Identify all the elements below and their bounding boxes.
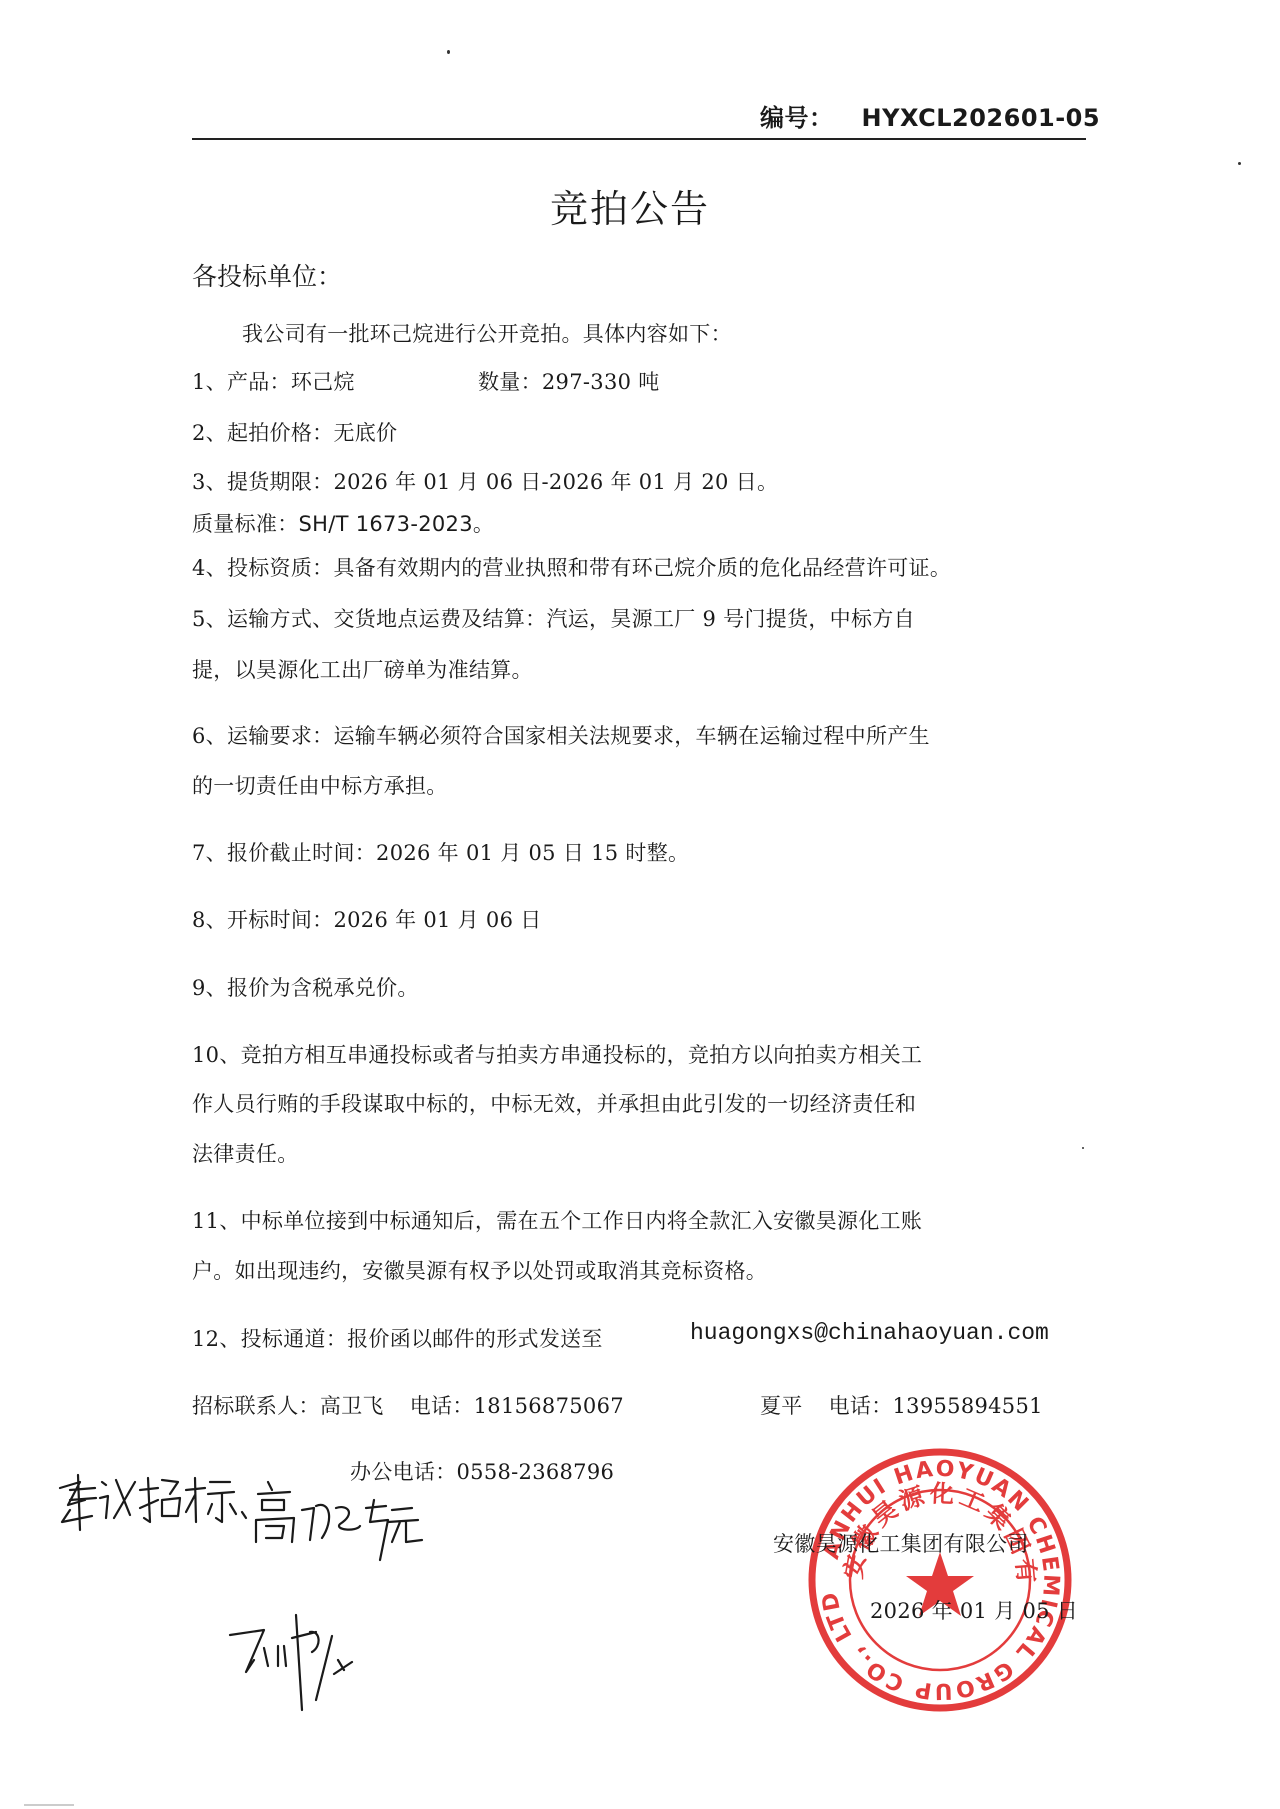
item-opening-time: 8、开标时间：2026 年 01 月 06 日	[192, 904, 542, 934]
contact-1-name: 高卫飞	[320, 1394, 384, 1418]
contact-2-phone: 13955894551	[893, 1394, 1043, 1418]
scan-speck	[447, 50, 450, 54]
company-name: 安徽昊源化工集团有限公司	[773, 1528, 1029, 1558]
item-bid-deadline: 7、报价截止时间：2026 年 01 月 05 日 15 时整。	[192, 837, 689, 867]
item-payment-line1: 11、中标单位接到中标通知后，需在五个工作日内将全款汇入安徽昊源化工账	[192, 1205, 922, 1235]
document-number-label: 编号：	[760, 104, 834, 132]
item-delivery-period: 3、提货期限：2026 年 01 月 06 日-2026 年 01 月 20 日…	[192, 466, 778, 496]
item-product: 1、产品：环己烷	[192, 366, 355, 396]
contact-person-2: 夏平电话：13955894551	[760, 1390, 1043, 1420]
item-collusion-line3: 法律责任。	[192, 1138, 299, 1168]
document-date: 2026 年 01 月 05 日	[870, 1595, 1078, 1625]
scan-speck	[1082, 1147, 1084, 1149]
item-quality-standard: 质量标准：SH/T 1673-2023。	[192, 508, 494, 538]
office-phone-value: 0558-2368796	[457, 1460, 615, 1484]
contact-1-phone: 18156875067	[474, 1394, 624, 1418]
item-payment-line2: 户。如出现违约，安徽昊源有权予以处罚或取消其竞标资格。	[192, 1255, 767, 1285]
header-rule	[192, 138, 1086, 140]
item-transport-req-line2: 的一切责任由中标方承担。	[192, 770, 448, 800]
item-transport-line1: 5、运输方式、交货地点运费及结算：汽运，昊源工厂 9 号门提货，中标方自	[192, 603, 915, 633]
item-bid-channel: 12、投标通道：报价函以邮件的形式发送至	[192, 1323, 603, 1353]
document-number: 编号：HYXCL202601-05	[760, 98, 1100, 133]
item-price-terms: 9、报价为含税承兑价。	[192, 972, 419, 1002]
item-collusion-line2: 作人员行贿的手段谋取中标的，中标无效，并承担由此引发的一切经济责任和	[192, 1088, 916, 1118]
item-transport-req-line1: 6、运输要求：运输车辆必须符合国家相关法规要求，车辆在运输过程中所产生	[192, 720, 930, 750]
document-number-value: HYXCL202601-05	[862, 104, 1101, 132]
item-qualification: 4、投标资质：具备有效期内的营业执照和带有环己烷介质的危化品经营许可证。	[192, 552, 951, 582]
contact-person-1: 招标联系人：高卫飞电话：18156875067	[192, 1390, 624, 1420]
contact-label: 招标联系人：	[192, 1394, 320, 1418]
salutation: 各投标单位：	[192, 257, 342, 293]
item-collusion-line1: 10、竞拍方相互串通投标或者与拍卖方串通投标的，竞拍方以向拍卖方相关工	[192, 1039, 922, 1069]
item-transport-line2: 提，以昊源化工出厂磅单为准结算。	[192, 654, 533, 684]
contact-1-phone-label: 电话：	[410, 1394, 474, 1418]
handwritten-note	[40, 1460, 460, 1730]
company-seal-stamp: ANHUI HAOYUAN CHEMICAL GROUP CO., LTD 安徽…	[800, 1440, 1080, 1720]
contact-2-name: 夏平	[760, 1394, 803, 1418]
scan-edge-mark	[24, 1804, 74, 1806]
page-title: 竞拍公告	[550, 178, 710, 233]
bid-email-link[interactable]: huagongxs@chinahaoyuan.com	[690, 1320, 1049, 1346]
contact-2-phone-label: 电话：	[829, 1394, 893, 1418]
intro-text: 我公司有一批环己烷进行公开竞拍。具体内容如下：	[242, 318, 732, 348]
scan-speck	[1238, 162, 1241, 165]
item-start-price: 2、起拍价格：无底价	[192, 417, 397, 447]
item-quantity: 数量：297-330 吨	[478, 366, 660, 396]
